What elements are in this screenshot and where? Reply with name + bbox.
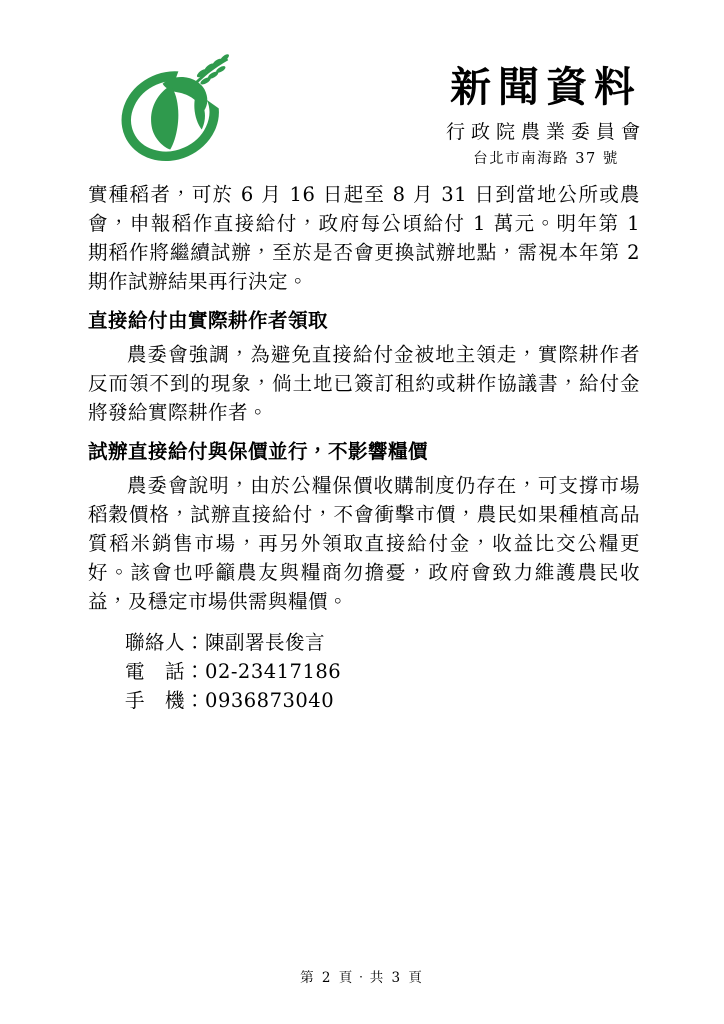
masthead: 新聞資料 行政院農業委員會 台北市南海路 37 號 — [446, 65, 646, 168]
section-heading: 直接給付由實際耕作者領取 — [88, 306, 640, 335]
coa-agriculture-logo-icon — [113, 53, 237, 167]
paragraph: 農委會說明，由於公糧保價收購制度仍存在，可支撐市場稻穀價格，試辦直接給付，不會衝… — [88, 471, 640, 616]
contact-separator: ： — [185, 689, 205, 712]
contact-label: 手 機 — [125, 689, 185, 712]
organization-address: 台北市南海路 37 號 — [446, 147, 646, 168]
contact-label: 電 話 — [125, 660, 185, 683]
organization-name: 行政院農業委員會 — [446, 117, 646, 144]
contact-mobile-line: 手 機：0936873040 — [125, 686, 640, 715]
press-release-page: 新聞資料 行政院農業委員會 台北市南海路 37 號 實種稻者，可於 6 月 16… — [0, 0, 724, 1024]
document-title: 新聞資料 — [446, 65, 646, 110]
section-heading: 試辦直接給付與保價並行，不影響糧價 — [88, 437, 640, 466]
contact-person-line: 聯絡人：陳副署長俊言 — [125, 628, 640, 657]
contact-block: 聯絡人：陳副署長俊言 電 話：02-23417186 手 機：093687304… — [125, 628, 640, 715]
contact-separator: ： — [185, 631, 205, 654]
paragraph: 實種稻者，可於 6 月 16 日起至 8 月 31 日到當地公所或農會，申報稻作… — [88, 180, 640, 296]
document-body: 實種稻者，可於 6 月 16 日起至 8 月 31 日到當地公所或農會，申報稻作… — [0, 180, 724, 715]
contact-value: 02-23417186 — [205, 660, 341, 683]
contact-phone-line: 電 話：02-23417186 — [125, 657, 640, 686]
contact-label: 聯絡人 — [125, 631, 185, 654]
contact-separator: ： — [185, 660, 205, 683]
page-number: 第 2 頁‧共 3 頁 — [0, 966, 724, 986]
paragraph: 農委會強調，為避免直接給付金被地主領走，實際耕作者反而領不到的現象，倘土地已簽訂… — [88, 340, 640, 427]
contact-value: 陳副署長俊言 — [205, 631, 325, 654]
page-header: 新聞資料 行政院農業委員會 台北市南海路 37 號 — [0, 0, 724, 168]
contact-value: 0936873040 — [205, 689, 334, 712]
